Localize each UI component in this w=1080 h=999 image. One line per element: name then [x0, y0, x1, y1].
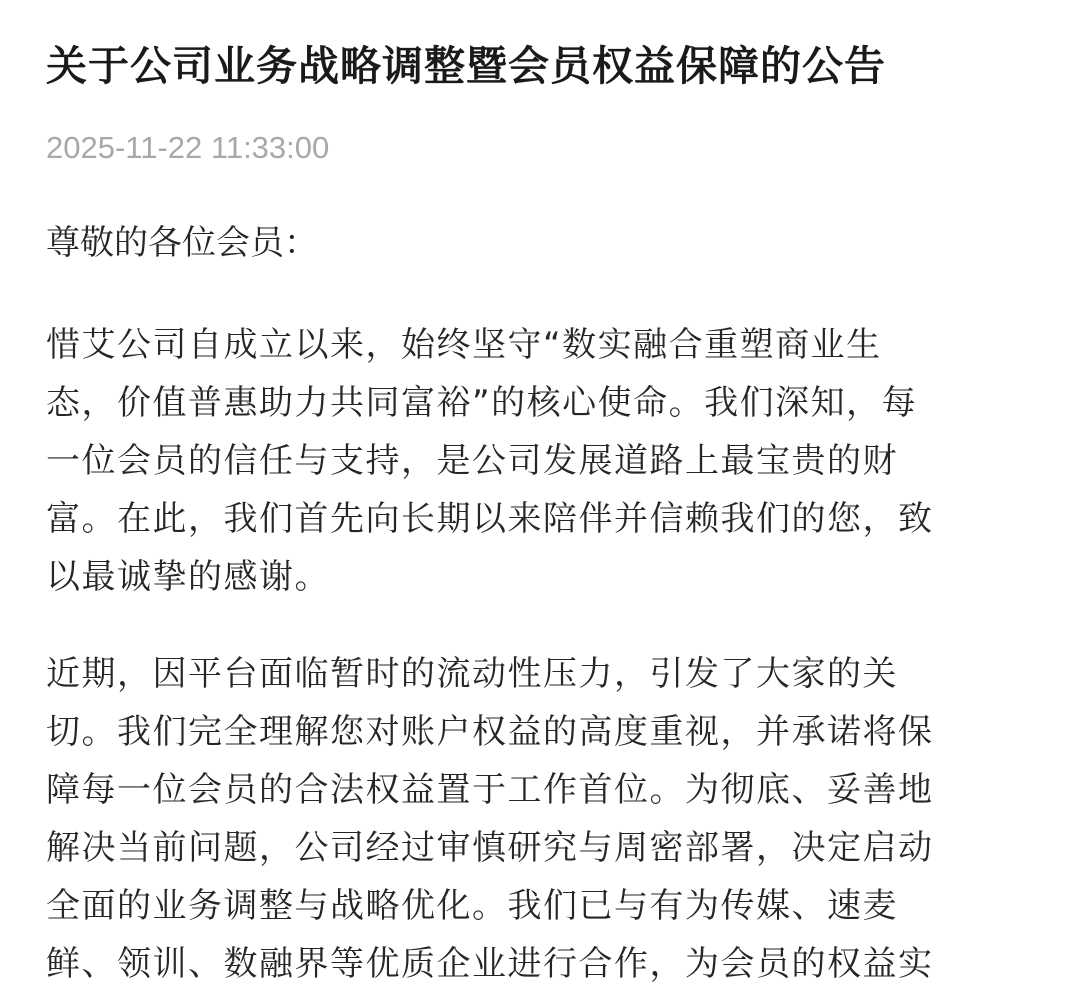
paragraph-line: 惜艾公司自成立以来，始终坚守“数实融合重塑商业生: [46, 316, 934, 374]
publish-date: 2025-11-22 11:33:00: [46, 126, 329, 170]
paragraph-line: 富。在此，我们首先向长期以来陪伴并信赖我们的您，致: [46, 490, 934, 548]
paragraph-situation: 近期，因平台面临暂时的流动性压力，引发了大家的关 切。我们完全理解您对账户权益的…: [46, 645, 934, 993]
paragraph-line: 鲜、领训、数融界等优质企业进行合作，为会员的权益实: [46, 935, 934, 993]
paragraph-line: 解决当前问题，公司经过审慎研究与周密部署，决定启动: [46, 819, 934, 877]
greeting: 尊敬的各位会员：: [46, 217, 318, 269]
article-title: 关于公司业务战略调整暨会员权益保障的公告: [46, 36, 886, 96]
paragraph-line: 态，价值普惠助力共同富裕”的核心使命。我们深知，每: [46, 374, 934, 432]
paragraph-line: 障每一位会员的合法权益置于工作首位。为彻底、妥善地: [46, 761, 934, 819]
paragraph-intro: 惜艾公司自成立以来，始终坚守“数实融合重塑商业生 态，价值普惠助力共同富裕”的核…: [46, 316, 934, 606]
paragraph-line: 切。我们完全理解您对账户权益的高度重视，并承诺将保: [46, 703, 934, 761]
paragraph-line: 以最诚挚的感谢。: [46, 548, 934, 606]
paragraph-line: 全面的业务调整与战略优化。我们已与有为传媒、速麦: [46, 877, 934, 935]
paragraph-line: 一位会员的信任与支持，是公司发展道路上最宝贵的财: [46, 432, 934, 490]
paragraph-line: 近期，因平台面临暂时的流动性压力，引发了大家的关: [46, 645, 934, 703]
